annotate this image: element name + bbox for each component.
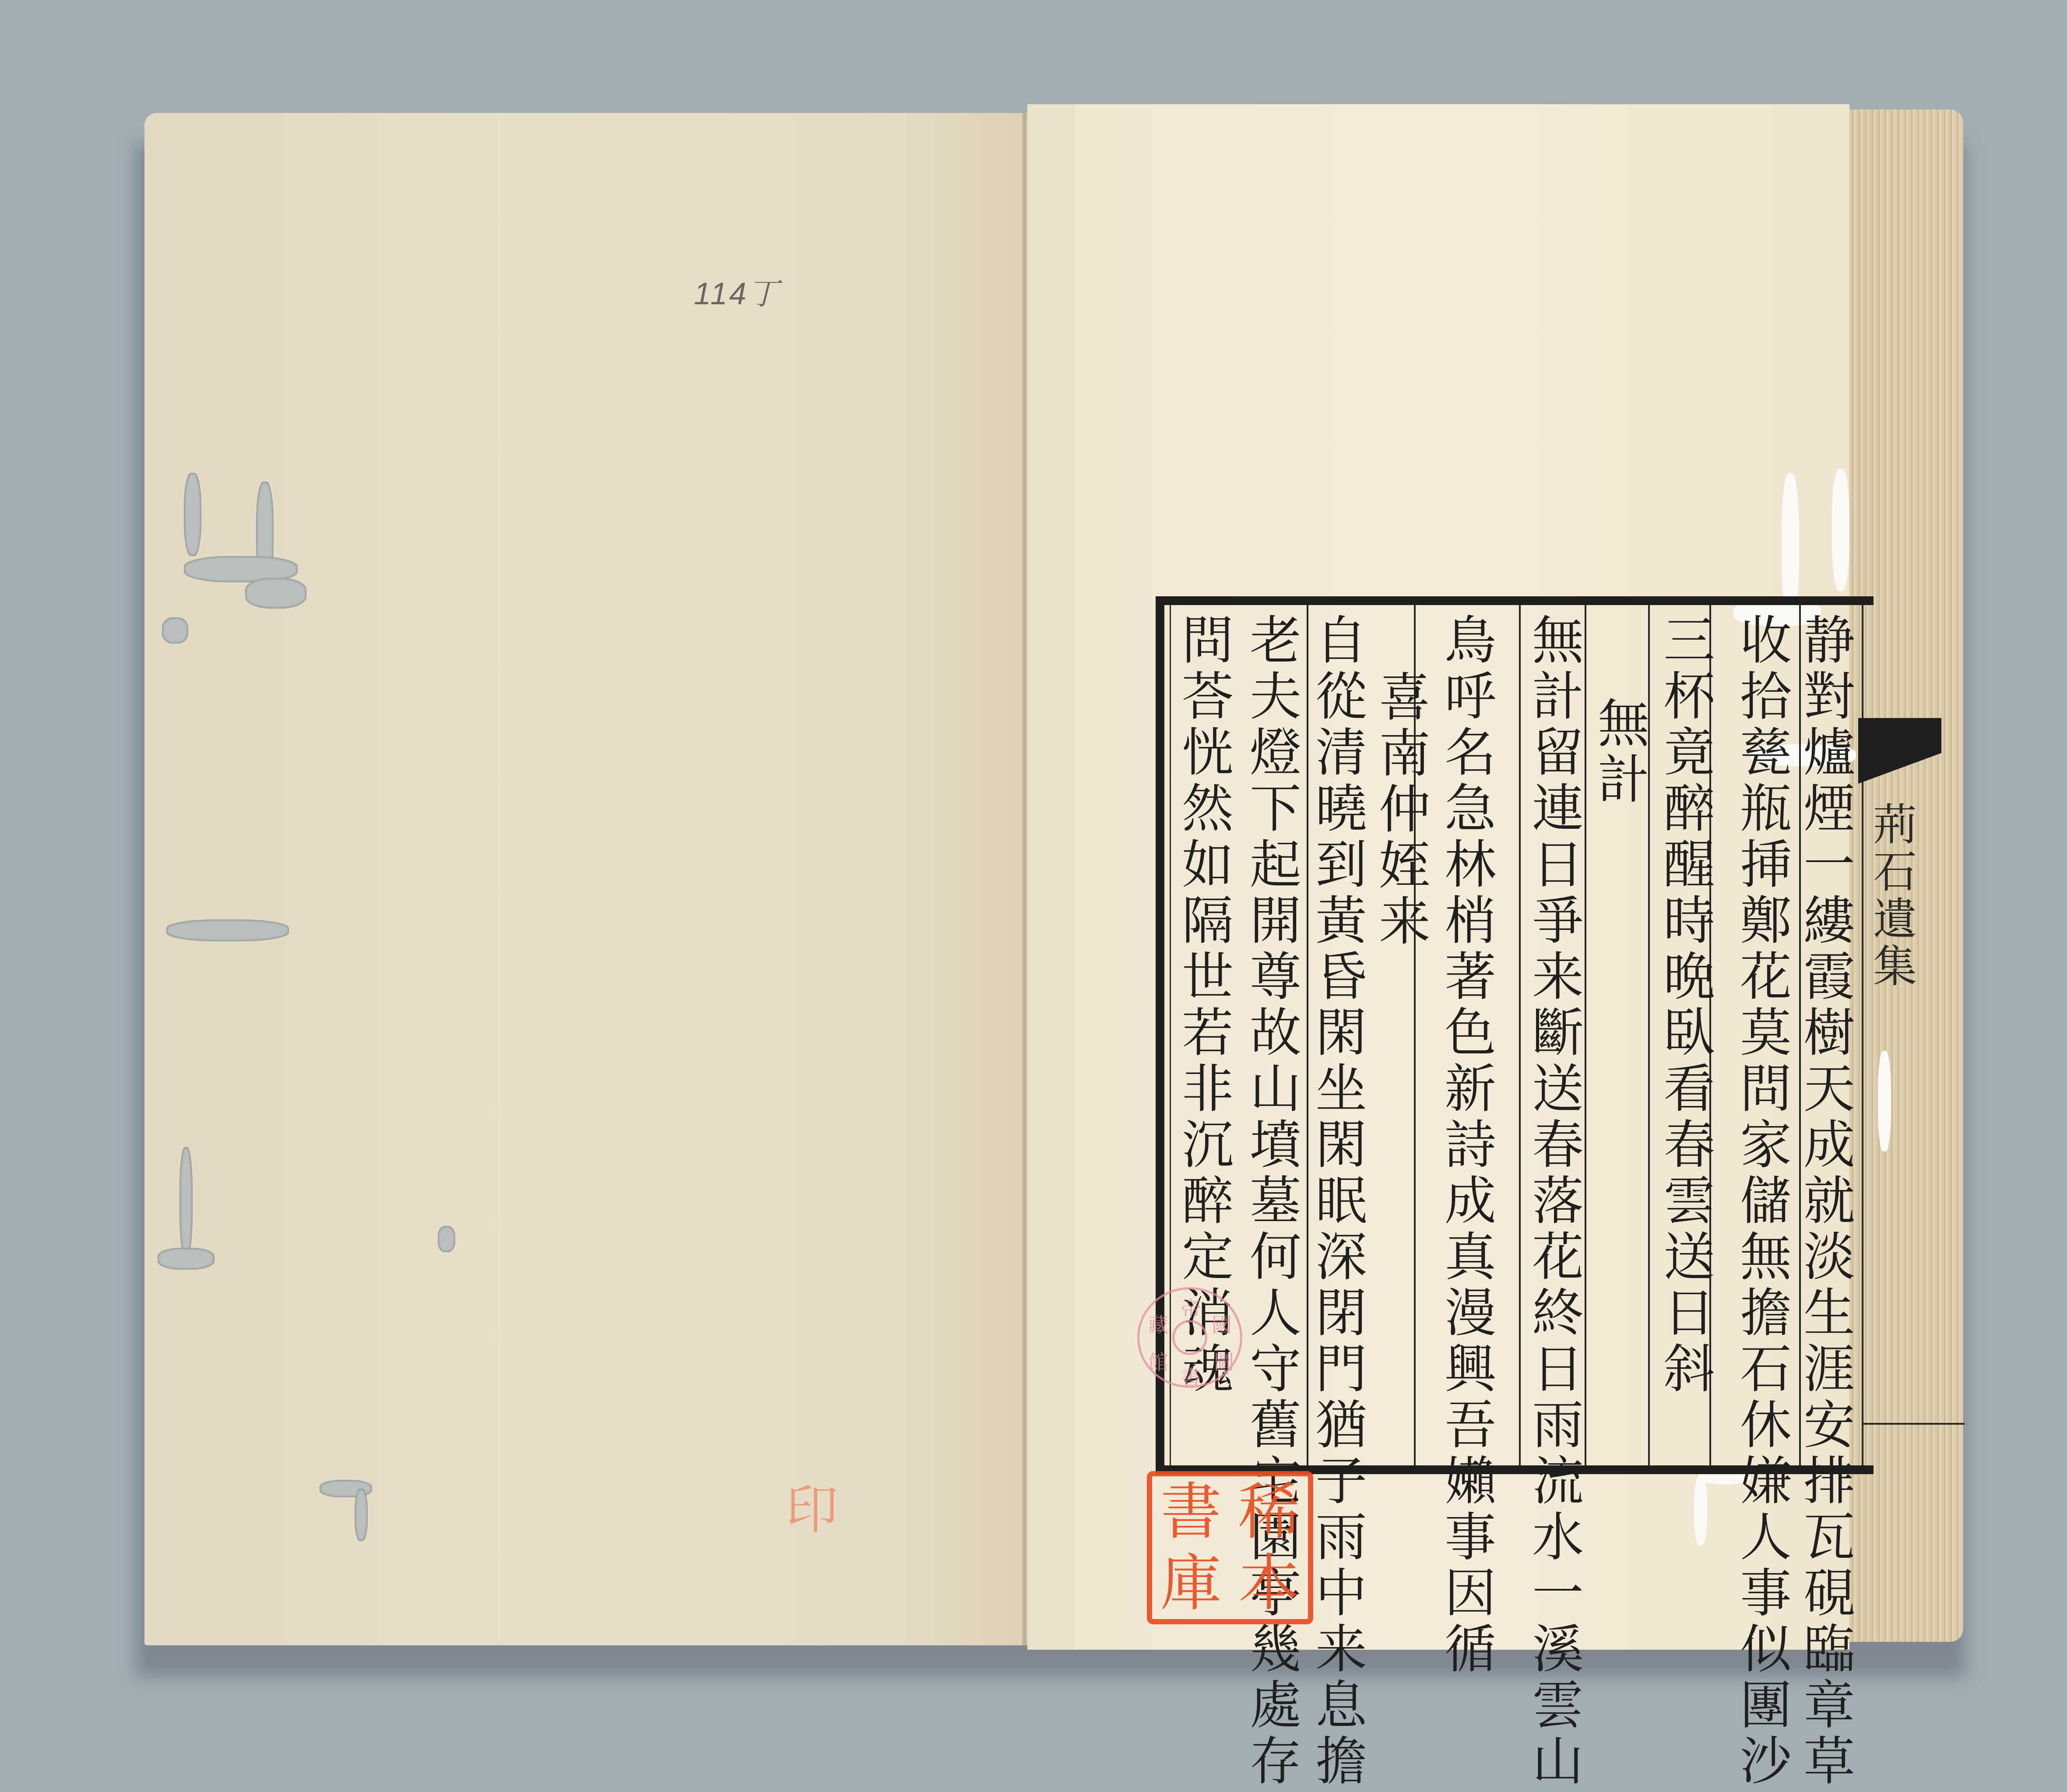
column-rule	[1519, 605, 1521, 1465]
text-column-12: 問荅恍然如隔世若非沉醉定消魂	[1178, 613, 1229, 1398]
wormhole	[166, 919, 289, 941]
seal-char: 帝	[1181, 1293, 1201, 1322]
inner-margin-strip	[1027, 104, 1076, 1650]
seal-char: 藏	[1148, 1309, 1168, 1338]
seal-char: 書	[1152, 1482, 1230, 1543]
book-gutter	[1022, 113, 1027, 1645]
wormhole	[179, 1147, 193, 1257]
seal-center-ring	[1172, 1320, 1207, 1355]
text-column-6: 無計留連日爭来斷送春落花終日雨流水一溪雲山	[1528, 613, 1579, 1790]
column-rule	[1585, 605, 1586, 1465]
wormhole	[1694, 1475, 1707, 1546]
seal-char: 書	[1181, 1362, 1201, 1391]
wormhole	[438, 1226, 455, 1252]
wormhole	[162, 617, 188, 644]
seal-char: 館	[1148, 1346, 1168, 1375]
seal-char: 稀	[1230, 1482, 1308, 1543]
hanshin-book-title: 荊石遺集	[1869, 801, 1913, 990]
poem-title-xi-nanzhong: 喜南仲姪来	[1374, 670, 1426, 950]
poem-title-wuji: 無計	[1593, 696, 1645, 808]
wormhole	[184, 473, 201, 556]
wormhole	[245, 578, 306, 609]
square-vermilion-seal: 書 稀 庫 本	[1147, 1471, 1313, 1624]
text-column-10: 自從清曉到黃昏閑坐閑眠深閉門猶子雨中来息擔	[1311, 613, 1363, 1790]
wormhole	[158, 1248, 214, 1270]
wormhole	[1782, 473, 1799, 617]
wormhole	[1832, 468, 1849, 591]
pencil-leaf-count-note: 114丁	[694, 269, 780, 313]
text-column-2: 收拾甆瓶挿鄭花莫問家儲無擔石休嫌人事似團沙	[1736, 613, 1787, 1790]
text-column-7: 鳥呼名急林梢著色新詩成真漫興吾嬾事因循	[1440, 613, 1492, 1678]
seal-char: 本	[1230, 1553, 1308, 1614]
seal-char: 國	[1212, 1309, 1232, 1338]
wormhole	[355, 1489, 368, 1541]
faded-seal-offset: 印	[775, 1471, 849, 1550]
round-library-seal: 帝 國 圖 書 館 藏	[1137, 1287, 1242, 1388]
text-column-1: 静對爐煙一縷霞樹天成就淡生涯安排瓦硯臨章草	[1799, 613, 1851, 1790]
seal-char: 圖	[1214, 1346, 1234, 1375]
seal-char: 庫	[1152, 1553, 1230, 1614]
left-page	[144, 113, 1024, 1645]
text-column-3: 三杯竟醉醒時晩臥看春雲送日斜	[1659, 613, 1711, 1398]
